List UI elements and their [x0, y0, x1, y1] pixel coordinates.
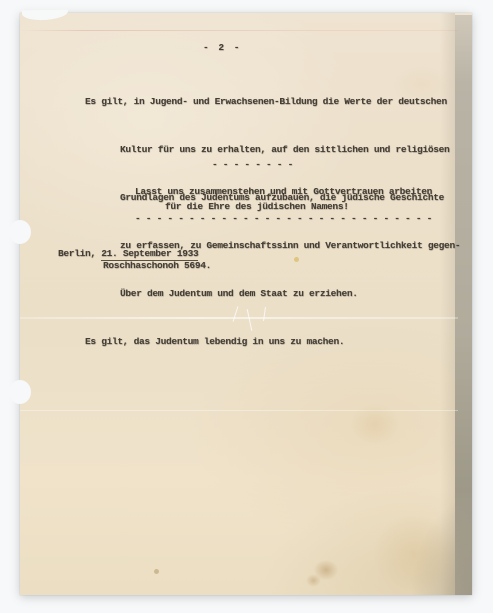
punch-hole — [9, 380, 31, 404]
dashed-separator: - - - - - - - - — [212, 159, 293, 170]
stain — [154, 569, 159, 574]
dateline-city: Berlin, — [58, 248, 101, 259]
paragraph-line: Es gilt, das Judentum lebendig in uns zu… — [85, 334, 460, 350]
stain — [372, 513, 457, 593]
page-number: - 2 - — [203, 42, 242, 53]
crease-line — [20, 30, 458, 31]
paragraph-line: Es gilt, in Jugend- und Erwachsenen-Bild… — [85, 94, 460, 110]
stain — [306, 574, 321, 587]
appeal-line: Lasst uns zusammenstehen und mit Gottver… — [135, 186, 432, 197]
stain — [350, 403, 400, 445]
punch-hole — [9, 220, 31, 244]
hebrew-date: Roschhaschonoh 5694. — [103, 260, 211, 271]
dateline-date: 21. September 1933 — [101, 248, 198, 261]
paragraph-line: Über dem Judentum und dem Staat zu erzie… — [120, 286, 460, 302]
paragraph-line: Kultur für uns zu erhalten, auf den sitt… — [120, 142, 460, 158]
dateline: Berlin, 21. September 1933 — [58, 248, 198, 259]
document-page: - 2 - Es gilt, in Jugend- und Erwachsene… — [20, 13, 472, 595]
torn-edge — [22, 10, 68, 21]
dashed-separator: - - - - - - - - - - - - - - - - - - - - … — [135, 213, 432, 224]
appeal-line: für die Ehre des jüdischen Namens! — [165, 201, 349, 212]
